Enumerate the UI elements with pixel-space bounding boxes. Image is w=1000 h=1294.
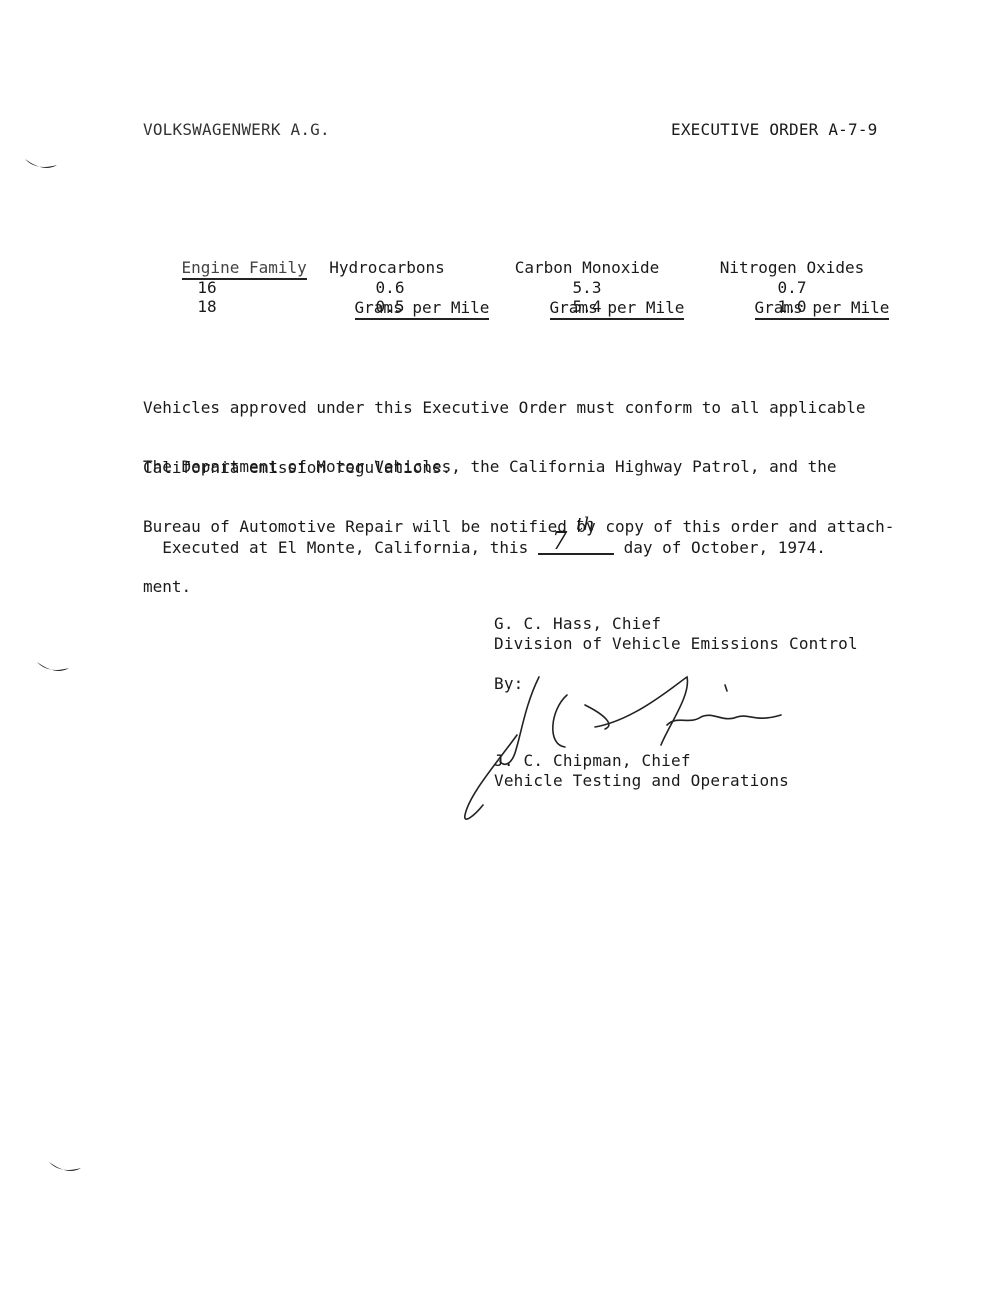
handwritten-signature: J. C. Chipman — [520, 685, 527, 686]
punch-hole-mark — [24, 157, 58, 171]
punch-hole-mark — [36, 660, 70, 674]
signer-name: J. C. Chipman, Chief — [494, 751, 691, 771]
signer-division: Vehicle Testing and Operations — [494, 771, 789, 791]
authority-name: G. C. Hass, Chief — [494, 614, 661, 634]
handwritten-day-suffix: th — [576, 515, 595, 535]
company-name: VOLKSWAGENWERK A.G. — [143, 120, 330, 140]
hydrocarbons-cell: 0.5 — [316, 297, 464, 317]
day-blank: 7th — [538, 535, 614, 555]
carbon-monoxide-cell: 5.4 — [511, 297, 663, 317]
engine-family-cell: 18 — [143, 297, 271, 317]
nitrogen-oxides-cell: 0.7 — [716, 278, 868, 298]
handwritten-day: 7 — [552, 531, 567, 551]
engine-family-cell: 16 — [143, 278, 271, 298]
authority-division: Division of Vehicle Emissions Control — [494, 634, 858, 654]
punch-hole-mark — [48, 1160, 82, 1174]
carbon-monoxide-cell: 5.3 — [511, 278, 663, 298]
signature-graphic — [455, 665, 795, 825]
executive-order-number: EXECUTIVE ORDER A-7-9 — [671, 120, 878, 140]
execution-statement: Executed at El Monte, California, this 7… — [143, 515, 923, 558]
hydrocarbons-cell: 0.6 — [316, 278, 464, 298]
nitrogen-oxides-cell: 1.0 — [716, 297, 868, 317]
